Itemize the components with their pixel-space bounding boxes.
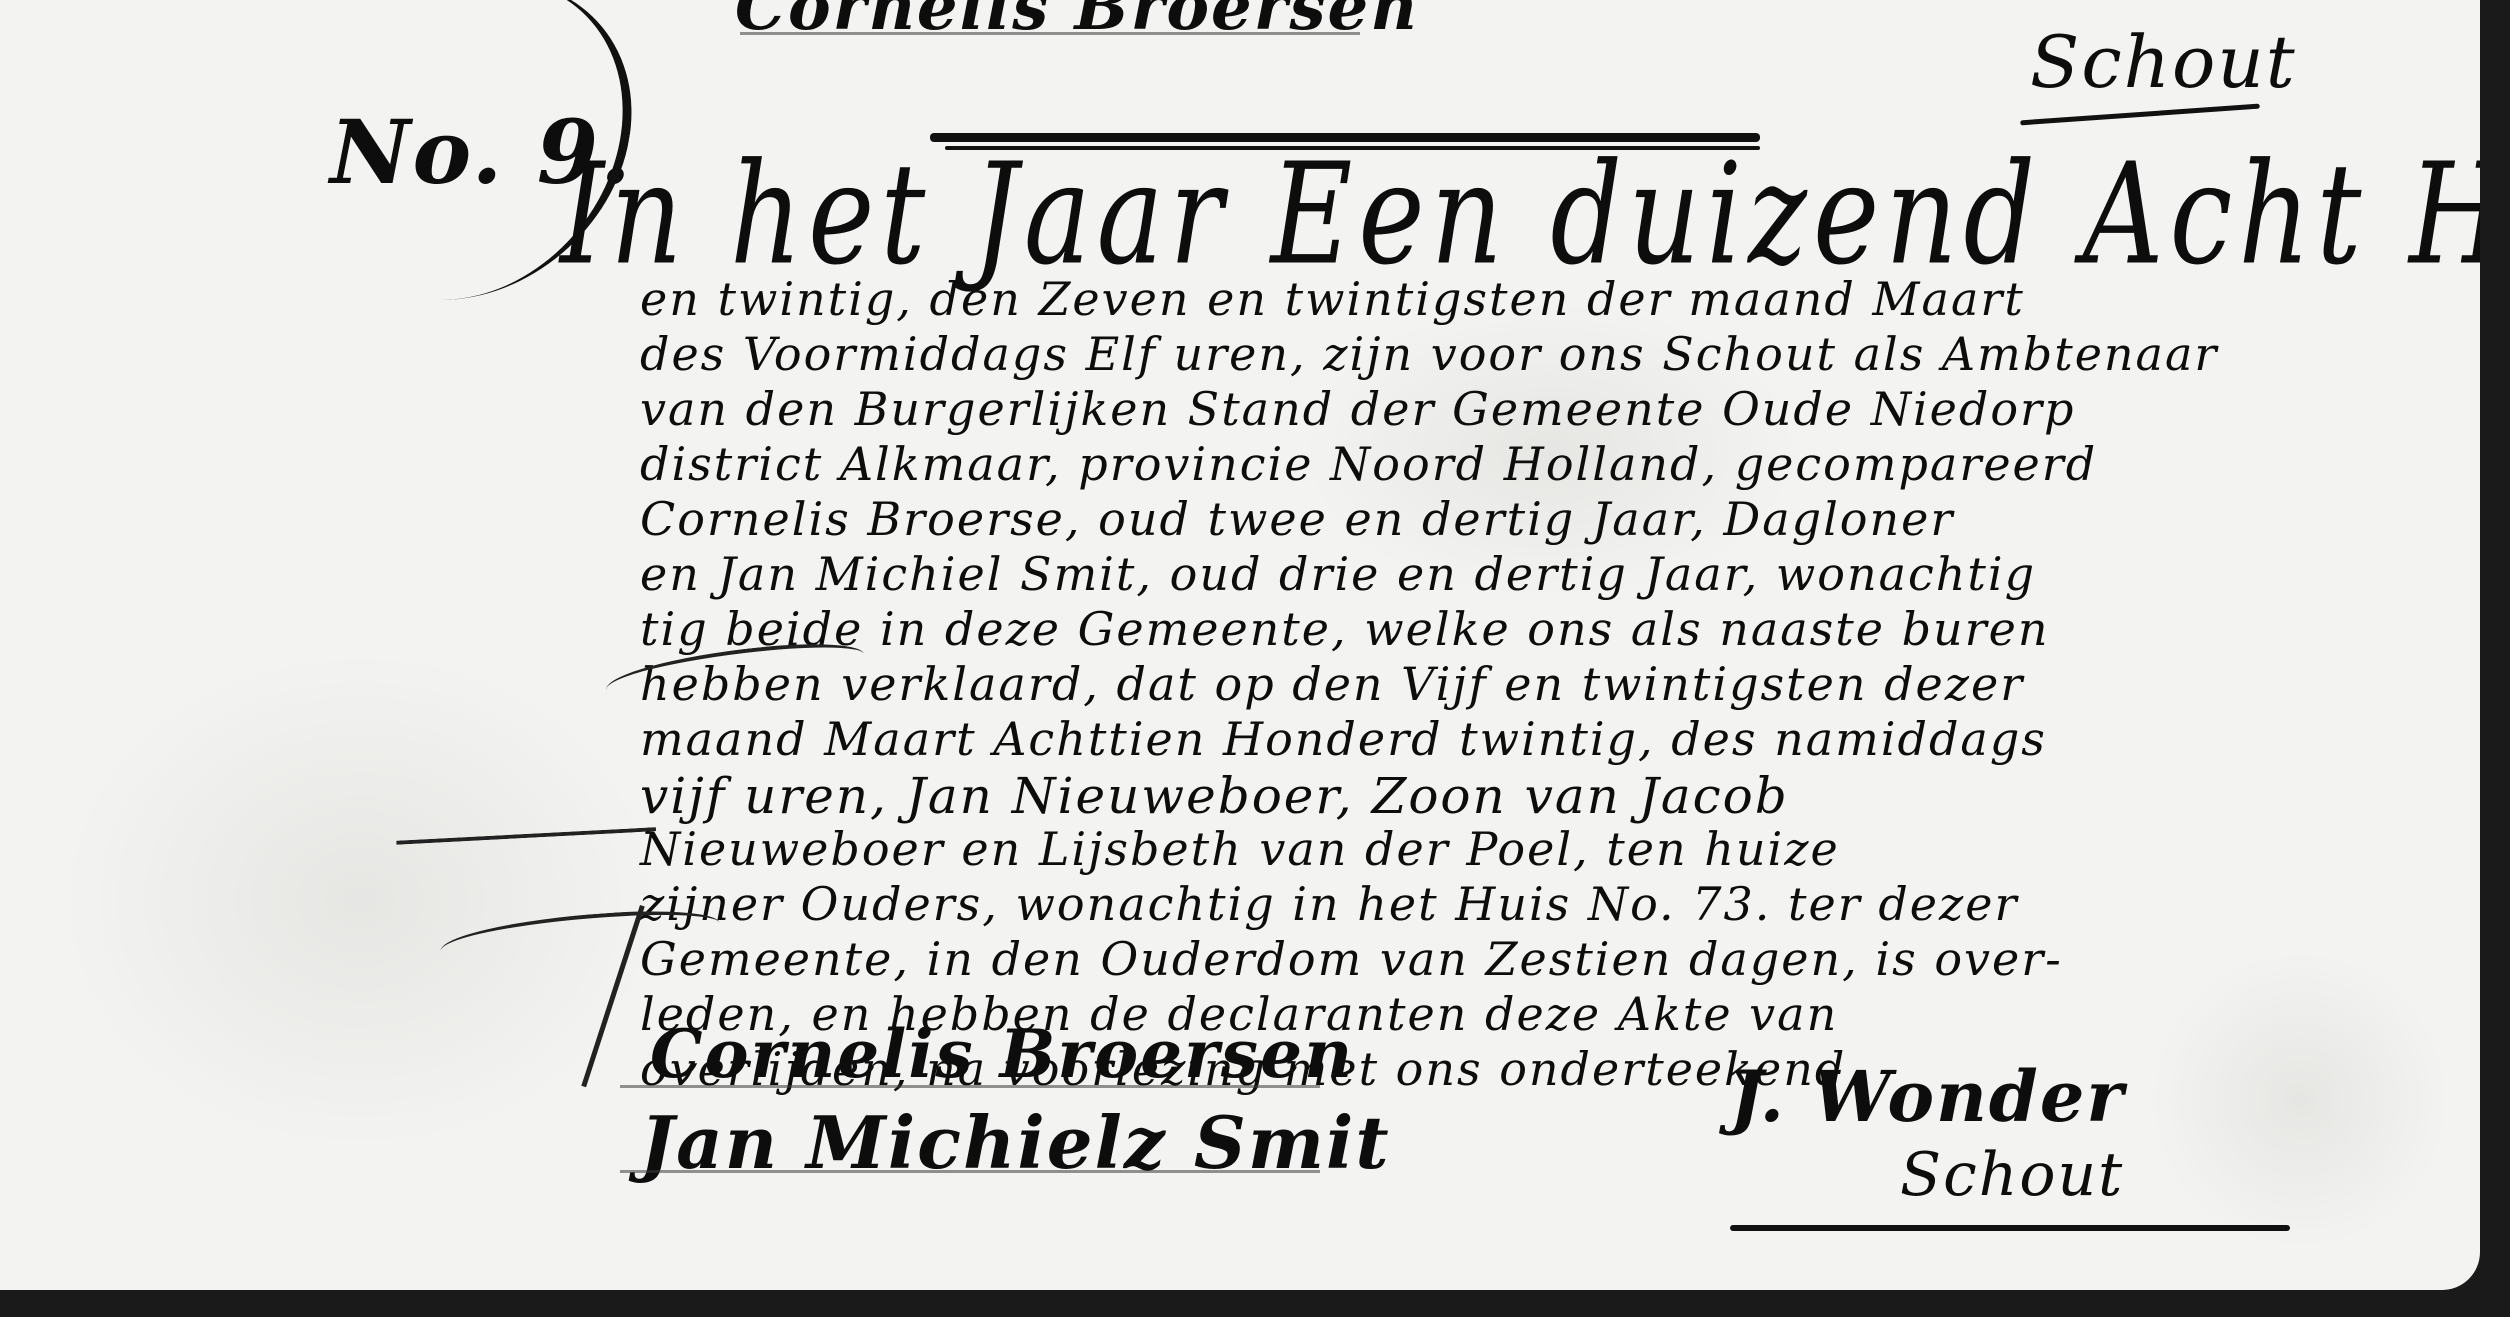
document-page: Cornelis Broersen Schout No. 9. In het J…: [0, 0, 2480, 1290]
paper-stain: [2150, 950, 2450, 1250]
official-signature: J. Wonder: [1730, 1055, 2125, 1138]
body-line-11: Nieuweboer en Lijsbeth van der Poel, ten…: [640, 822, 1840, 876]
signature-line: [620, 1170, 1320, 1173]
body-line-3: van den Burgerlijken Stand der Gemeente …: [640, 382, 2075, 436]
witness-1-signature: Cornelis Broersen: [650, 1015, 1354, 1093]
previous-record-signature: Cornelis Broersen: [735, 0, 1419, 45]
paper-stain: [60, 650, 660, 1150]
schout-flourish: [2020, 104, 2260, 126]
body-line-13: Gemeente, in den Ouderdom van Zestien da…: [640, 932, 2063, 986]
signature-underline: [740, 32, 1360, 35]
body-line-9: maand Maart Achttien Honderd twintig, de…: [640, 712, 2047, 766]
body-line-1: en twintig, den Zeven en twintigsten der…: [640, 272, 2025, 326]
body-line-12: zijner Ouders, wonachtig in het Huis No.…: [640, 877, 2018, 931]
body-line-10: vijf uren, Jan Nieuweboer, Zoon van Jaco…: [640, 767, 1789, 825]
signature-line: [620, 1085, 1320, 1088]
body-line-6: en Jan Michiel Smit, oud drie en dertig …: [640, 547, 2036, 601]
body-line-2: des Voormiddags Elf uren, zijn voor ons …: [640, 327, 2218, 381]
previous-record-title: Schout: [2030, 20, 2297, 104]
official-title: Schout: [1900, 1140, 2124, 1210]
body-line-4: district Alkmaar, provincie Noord Hollan…: [640, 437, 2097, 491]
body-line-5: Cornelis Broerse, oud twee en dertig Jaa…: [640, 492, 1954, 546]
official-flourish: [1730, 1225, 2290, 1231]
